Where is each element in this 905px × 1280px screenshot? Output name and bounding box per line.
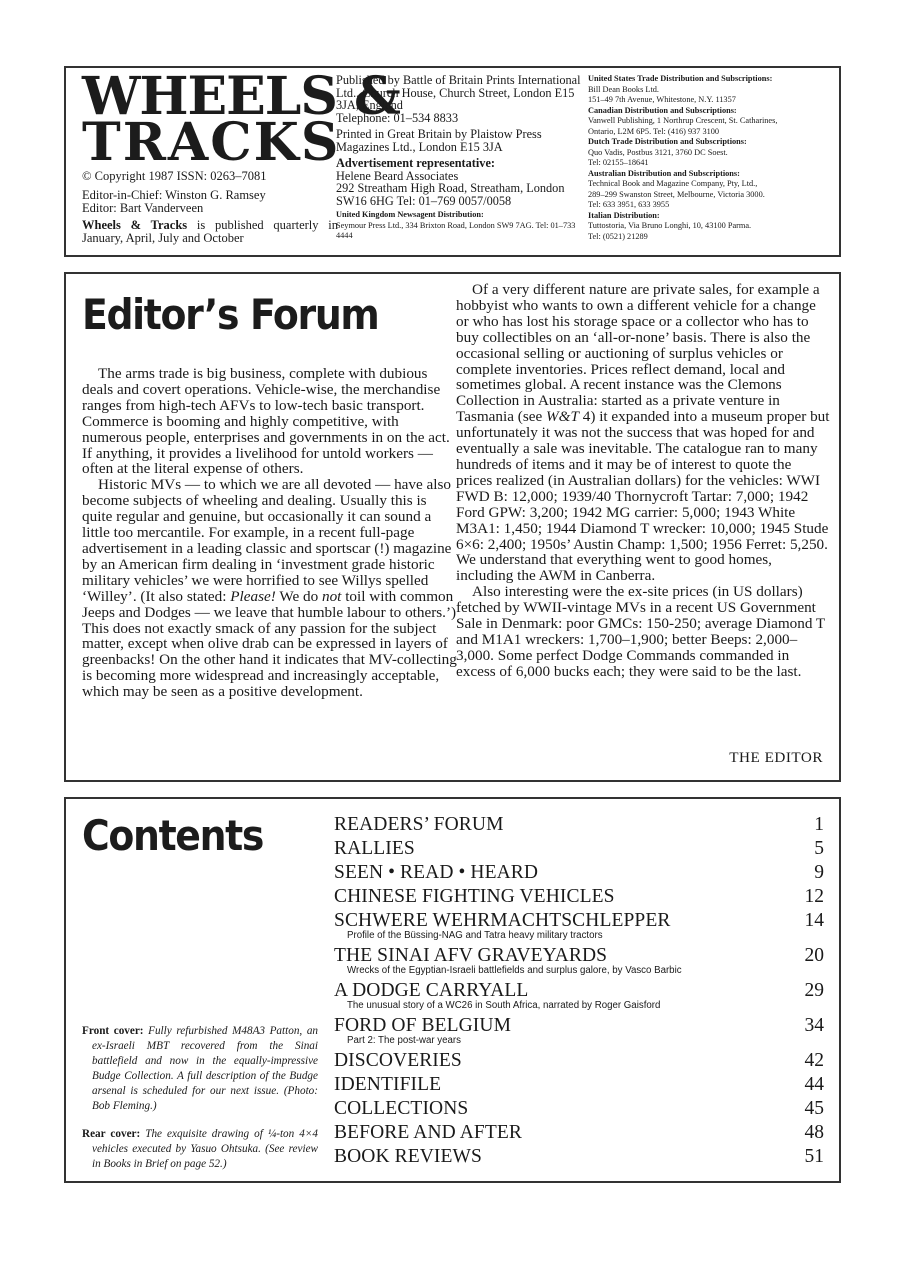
publisher-info: Published by Battle of Britain Prints In… <box>336 74 586 246</box>
advertising-contact: Advertisement representative: Helene Bea… <box>336 157 586 207</box>
masthead-box: WHEELS & TRACKS © Copyright 1987 ISSN: 0… <box>64 66 841 257</box>
publisher: Published by Battle of Britain Prints In… <box>336 74 586 124</box>
toc-item[interactable]: FORD OF BELGIUM34Part 2: The post-war ye… <box>334 1014 824 1046</box>
uk-distribution: United Kingdom Newsagent Distribution: S… <box>336 210 586 242</box>
contents-title: Contents <box>82 811 263 860</box>
toc-item-page: 20 <box>805 944 825 968</box>
editor-signature: THE EDITOR <box>729 749 823 767</box>
italian-distribution: Italian Distribution: Tuttostoria, Via B… <box>588 211 840 243</box>
toc-item-page: 1 <box>814 813 824 837</box>
copyright-line: © Copyright 1987 ISSN: 0263–7081 <box>82 170 338 183</box>
toc-item-page: 14 <box>805 909 825 933</box>
toc-item[interactable]: IDENTIFILE44 <box>334 1073 824 1097</box>
toc-item-subtitle: The unusual story of a WC26 in South Afr… <box>347 1001 824 1011</box>
toc-item[interactable]: CHINESE FIGHTING VEHICLES12 <box>334 885 824 909</box>
toc-item-title: CHINESE FIGHTING VEHICLES <box>334 885 615 909</box>
toc-item-page: 42 <box>805 1049 825 1073</box>
toc-item-page: 51 <box>805 1145 825 1169</box>
toc-item-page: 48 <box>805 1121 825 1145</box>
toc-item-title: IDENTIFILE <box>334 1073 441 1097</box>
editors-forum-title: Editor’s Forum <box>82 290 378 339</box>
front-cover-caption: Front cover: Fully refurbished M48A3 Pat… <box>82 1024 318 1115</box>
distribution-list: United States Trade Distribution and Sub… <box>588 74 840 242</box>
toc-item-title: DISCOVERIES <box>334 1049 462 1073</box>
toc-item[interactable]: THE SINAI AFV GRAVEYARDS20Wrecks of the … <box>334 944 824 976</box>
forum-paragraph: Of a very different nature are private s… <box>456 282 831 584</box>
editors: Editor-in-Chief: Winston G. Ramsey Edito… <box>82 189 338 215</box>
editor-in-chief: Editor-in-Chief: Winston G. Ramsey <box>82 188 266 202</box>
forum-column-2: Of a very different nature are private s… <box>456 282 831 680</box>
forum-paragraph: Historic MVs — to which we are all devot… <box>82 477 457 700</box>
toc-item[interactable]: SCHWERE WEHRMACHTSCHLEPPER14Profile of t… <box>334 909 824 941</box>
us-distribution: United States Trade Distribution and Sub… <box>588 74 840 106</box>
forum-paragraph: The arms trade is big business, complete… <box>82 366 457 477</box>
toc-item[interactable]: READERS’ FORUM1 <box>334 813 824 837</box>
toc-item-page: 9 <box>814 861 824 885</box>
magazine-logo: WHEELS & TRACKS <box>82 74 327 166</box>
toc-item[interactable]: RALLIES5 <box>334 837 824 861</box>
forum-column-1: The arms trade is big business, complete… <box>82 366 457 700</box>
publication-schedule: Wheels & Tracks is published quarterly i… <box>82 219 338 245</box>
toc-item-page: 45 <box>805 1097 825 1121</box>
toc-item[interactable]: DISCOVERIES42 <box>334 1049 824 1073</box>
toc-item-page: 12 <box>805 885 825 909</box>
toc-item-page: 44 <box>805 1073 825 1097</box>
toc-item[interactable]: BOOK REVIEWS51 <box>334 1145 824 1169</box>
rear-cover-caption: Rear cover: The exquisite drawing of ¼-t… <box>82 1127 318 1172</box>
canadian-distribution: Canadian Distribution and Subscriptions:… <box>588 106 840 138</box>
toc-item-page: 29 <box>805 979 825 1003</box>
toc-item-subtitle: Part 2: The post-war years <box>347 1036 824 1046</box>
cover-captions: Front cover: Fully refurbished M48A3 Pat… <box>82 1024 318 1184</box>
toc-item-page: 34 <box>805 1014 825 1038</box>
toc-item-title: BOOK REVIEWS <box>334 1145 482 1169</box>
toc-item-subtitle: Wrecks of the Egyptian-Israeli battlefie… <box>347 966 824 976</box>
toc-item-subtitle: Profile of the Büssing-NAG and Tatra hea… <box>347 931 824 941</box>
toc-item[interactable]: BEFORE AND AFTER48 <box>334 1121 824 1145</box>
printer: Printed in Great Britain by Plaistow Pre… <box>336 128 586 153</box>
logo-line-2: TRACKS <box>82 120 327 166</box>
forum-paragraph: Also interesting were the ex-site prices… <box>456 584 831 679</box>
australian-distribution: Australian Distribution and Subscription… <box>588 169 840 211</box>
table-of-contents: READERS’ FORUM1 RALLIES5 SEEN • READ • H… <box>334 813 824 1169</box>
toc-item[interactable]: A DODGE CARRYALL29The unusual story of a… <box>334 979 824 1011</box>
toc-item-title: COLLECTIONS <box>334 1097 468 1121</box>
toc-item-title: RALLIES <box>334 837 415 861</box>
toc-item[interactable]: COLLECTIONS45 <box>334 1097 824 1121</box>
toc-item-title: SEEN • READ • HEARD <box>334 861 538 885</box>
publication-name: Wheels & Tracks <box>82 218 187 232</box>
editor: Editor: Bart Vanderveen <box>82 201 203 215</box>
editors-forum-box: Editor’s Forum The arms trade is big bus… <box>64 272 841 782</box>
toc-item-title: BEFORE AND AFTER <box>334 1121 522 1145</box>
toc-item-page: 5 <box>814 837 824 861</box>
dutch-distribution: Dutch Trade Distribution and Subscriptio… <box>588 137 840 169</box>
toc-item-title: READERS’ FORUM <box>334 813 504 837</box>
publisher-telephone: Telephone: 01–534 8833 <box>336 111 458 125</box>
contents-box: Contents READERS’ FORUM1 RALLIES5 SEEN •… <box>64 797 841 1183</box>
toc-item[interactable]: SEEN • READ • HEARD9 <box>334 861 824 885</box>
masthead-credits: © Copyright 1987 ISSN: 0263–7081 Editor-… <box>82 170 338 251</box>
